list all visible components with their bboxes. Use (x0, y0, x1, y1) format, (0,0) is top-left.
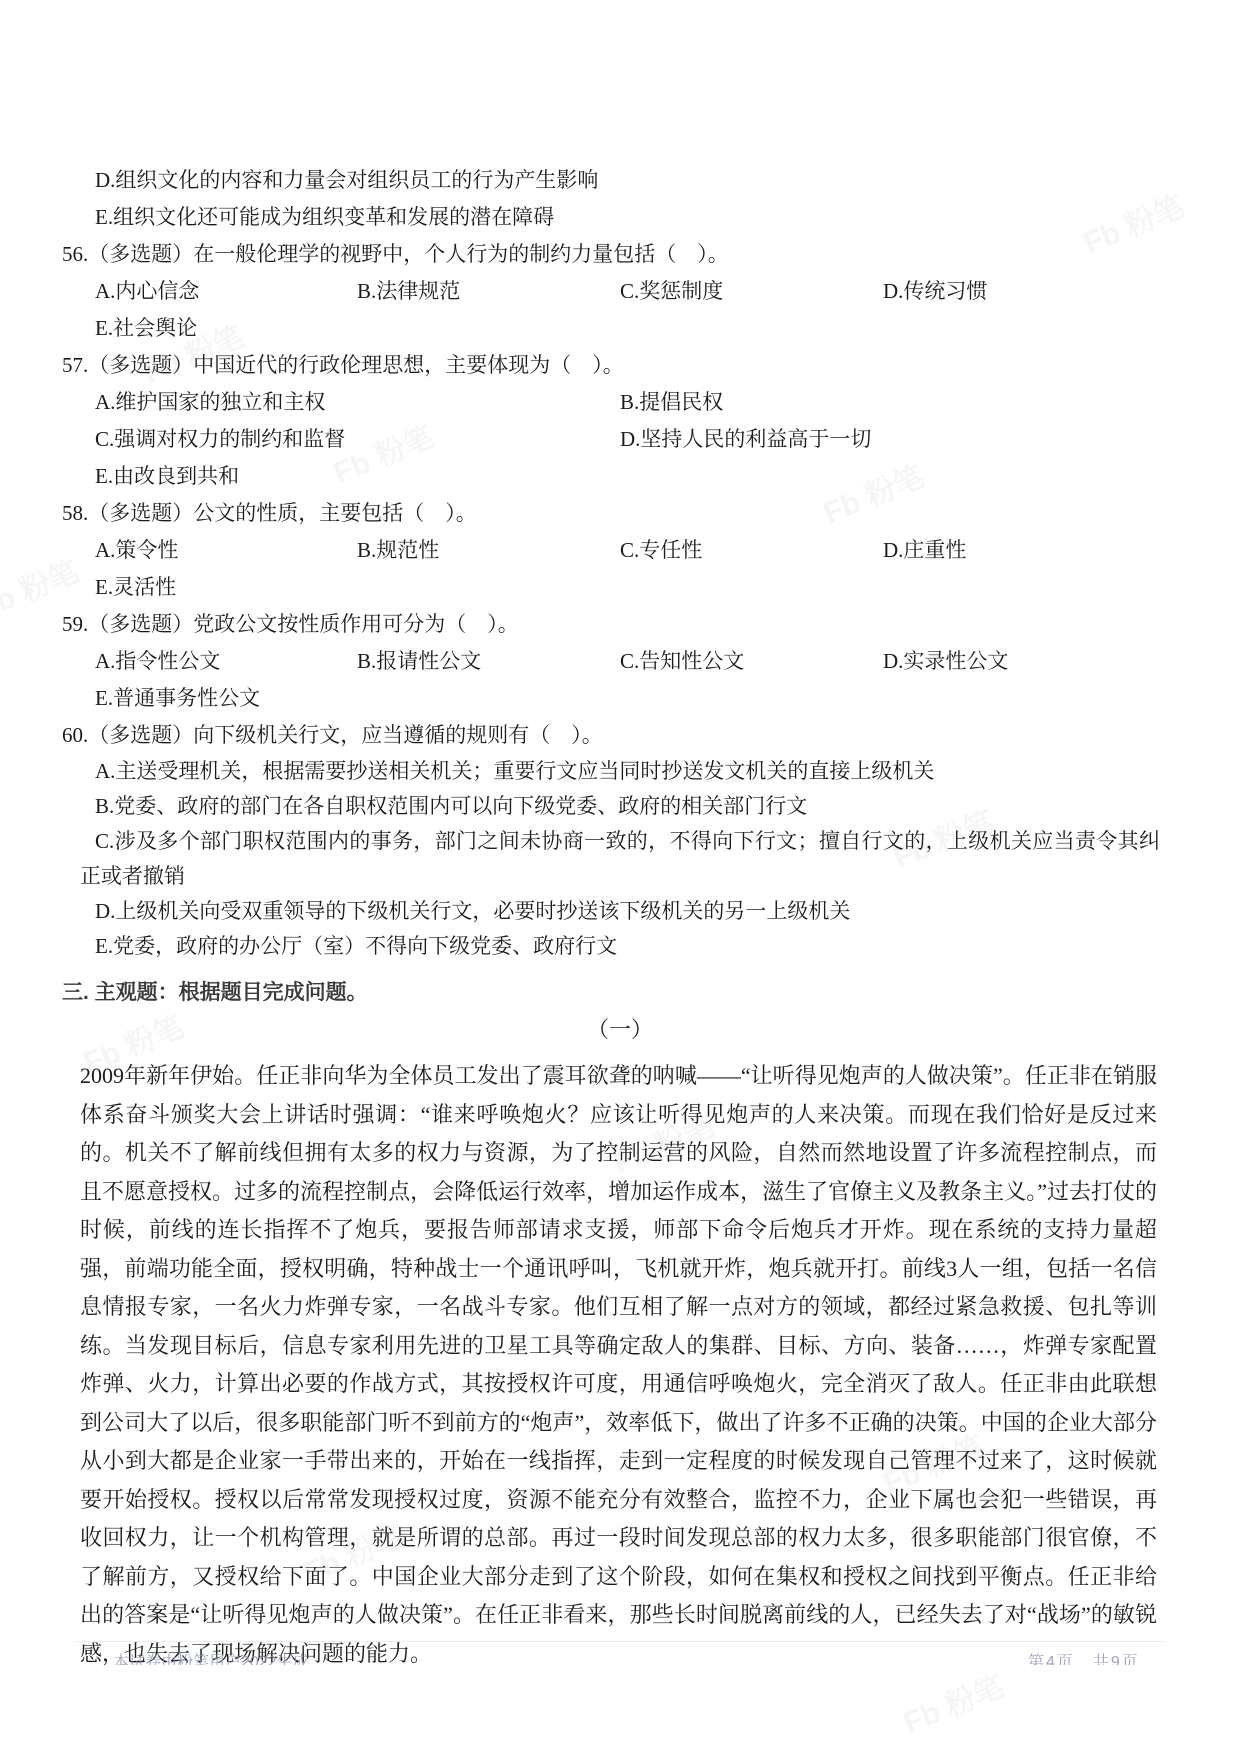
question-57-option-e: E.由改良到共和 (95, 458, 1240, 495)
question-56-option-a: A.内心信念 (95, 273, 357, 310)
question-56-option-b: B.法律规范 (357, 273, 620, 310)
carryover-option-d: D.组织文化的内容和力量会对组织员工的行为产生影响 (95, 162, 1240, 199)
question-57-option-d: D.坚持人民的利益高于一切 (620, 421, 1240, 458)
question-59-option-b: B.报请性公文 (357, 643, 620, 680)
question-59-option-c: C.告知性公文 (620, 643, 883, 680)
question-60-option-d: D.上级机关向受双重领导的下级机关行文，必要时抄送该下级机关的另一上级机关 (95, 894, 1240, 929)
question-56-option-e: E.社会舆论 (95, 310, 1240, 347)
fenbi-watermark: Fb 粉笔 (896, 1662, 1010, 1742)
question-59-option-d: D.实录性公文 (883, 643, 1240, 680)
footer-page-number: 第4页 共9页 (1028, 1652, 1140, 1665)
section-heading: 三. 主观题：根据题目完成问题。 (62, 974, 1240, 1011)
question-58-option-b: B.规范性 (357, 532, 620, 569)
question-58-options-row: A.策令性 B.规范性 C.专任性 D.庄重性 (95, 532, 1240, 569)
question-60-option-a: A.主送受理机关，根据需要抄送相关机关；重要行文应当同时抄送发文机关的直接上级机… (95, 754, 1240, 789)
question-56-option-c: C.奖惩制度 (620, 273, 883, 310)
question-59-stem: 59.（多选题）党政公文按性质作用可分为（ ）。 (62, 606, 1240, 643)
question-58-option-d: D.庄重性 (883, 532, 1240, 569)
question-58-option-a: A.策令性 (95, 532, 357, 569)
question-57-option-a: A.维护国家的独立和主权 (95, 384, 620, 421)
question-59-option-a: A.指令性公文 (95, 643, 357, 680)
question-59-options-row: A.指令性公文 B.报请性公文 C.告知性公文 D.实录性公文 (95, 643, 1240, 680)
exam-page: Fb 粉笔 Fb 粉笔 Fb 粉笔 Fb 粉笔 Fb 粉笔 Fb 粉笔 Fb 粉… (0, 0, 1240, 1754)
reading-passage: 2009年新年伊始。任正非向华为全体员工发出了震耳欲聋的呐喊——“让听得见炮声的… (80, 1057, 1157, 1673)
question-58-stem: 58.（多选题）公文的性质，主要包括（ ）。 (62, 495, 1240, 532)
question-57-option-b: B.提倡民权 (620, 384, 1240, 421)
question-60-option-b: B.党委、政府的部门在各自职权范围内可以向下级党委、政府的相关部门行文 (95, 789, 1240, 824)
footer-source-text: 本试卷由粉笔用户2022生成 (113, 1652, 309, 1665)
question-60-stem: 60.（多选题）向下级机关行文，应当遵循的规则有（ ）。 (62, 717, 1240, 754)
question-60-option-c: C.涉及多个部门职权范围内的事务，部门之间未协商一致的，不得向下行文；擅自行文的… (80, 824, 1160, 894)
question-57-options-row-2: C.强调对权力的制约和监督 D.坚持人民的利益高于一切 (95, 421, 1240, 458)
section-subtitle: （一） (0, 1011, 1240, 1049)
question-56-stem: 56.（多选题）在一般伦理学的视野中，个人行为的制约力量包括（ ）。 (62, 236, 1240, 273)
question-58-option-c: C.专任性 (620, 532, 883, 569)
question-56-option-d: D.传统习惯 (883, 273, 1240, 310)
question-59-option-e: E.普通事务性公文 (95, 680, 1240, 717)
question-58-option-e: E.灵活性 (95, 569, 1240, 606)
footer-divider (76, 1641, 1164, 1642)
carryover-option-e: E.组织文化还可能成为组织变革和发展的潜在障碍 (95, 199, 1240, 236)
exam-content: D.组织文化的内容和力量会对组织员工的行为产生影响 E.组织文化还可能成为组织变… (0, 0, 1240, 1673)
question-57-stem: 57.（多选题）中国近代的行政伦理思想，主要体现为（ ）。 (62, 347, 1240, 384)
question-57-options-row-1: A.维护国家的独立和主权 B.提倡民权 (95, 384, 1240, 421)
question-60-option-e: E.党委，政府的办公厅（室）不得向下级党委、政府行文 (95, 929, 1240, 964)
question-57-option-c: C.强调对权力的制约和监督 (95, 421, 620, 458)
question-56-options-row: A.内心信念 B.法律规范 C.奖惩制度 D.传统习惯 (95, 273, 1240, 310)
